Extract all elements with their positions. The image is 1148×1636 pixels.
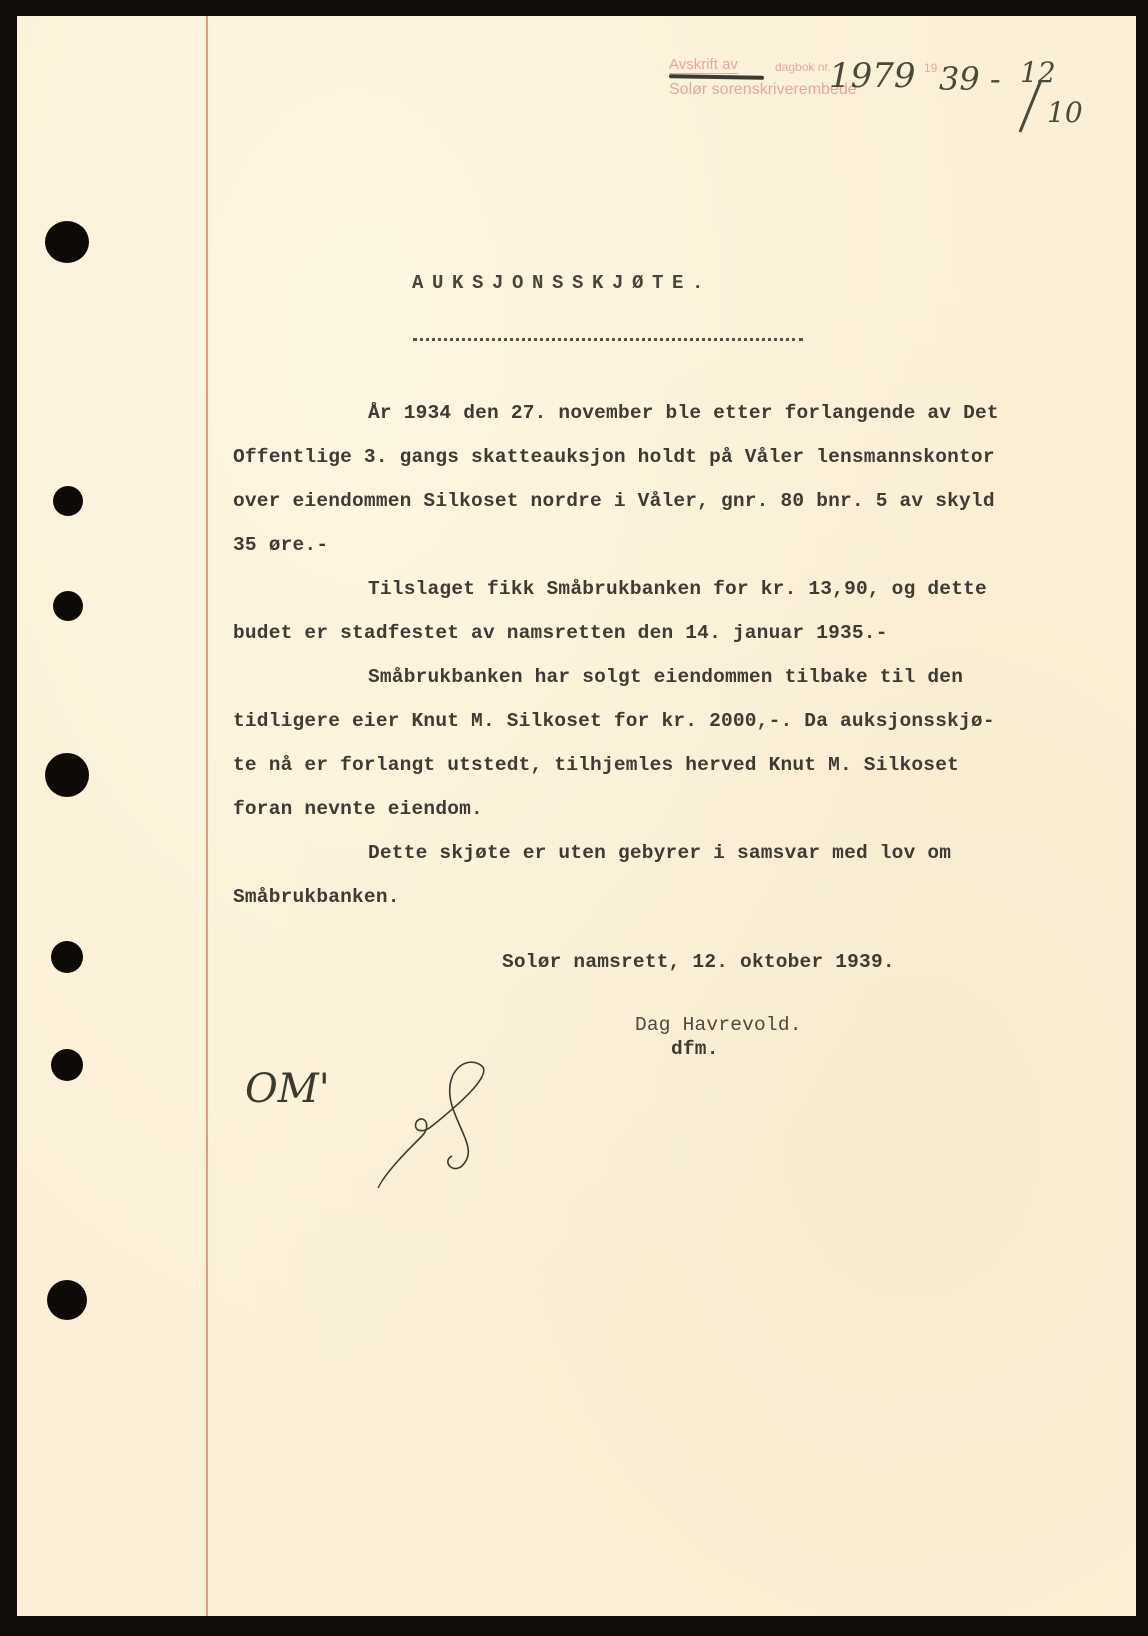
punch-hole-icon [47,1280,87,1320]
body-line: Offentlige 3. gangs skatteauksjon holdt … [233,446,995,468]
strikethrough-mark [669,74,764,80]
handwritten-diary-number: 1979 [829,56,916,96]
stamp-line1: Avskrift av [669,56,738,74]
body-line: foran nevnte eiendom. [233,798,483,820]
stamp-dagbok-label: dagbok nr. [775,60,831,74]
handwritten-year: 39 - [939,60,1001,98]
signature-scribble [362,1056,512,1196]
punch-hole-icon [53,591,83,621]
handwritten-initials: OM' [245,1066,330,1112]
punch-hole-icon [53,486,83,516]
body-line: År 1934 den 27. november ble etter forla… [368,402,999,424]
punch-hole-icon [45,753,89,797]
body-line: budet er stadfestet av namsretten den 14… [233,622,888,644]
body-line: te nå er forlangt utstedt, tilhjemles he… [233,754,959,776]
place-date: Solør namsrett, 12. oktober 1939. [502,951,895,973]
punch-hole-icon [51,941,83,973]
signer-name: Dag Havrevold. [635,1014,802,1036]
stamp-year-prefix: 19 [924,61,937,75]
punch-hole-icon [45,221,89,263]
body-line: over eiendommen Silkoset nordre i Våler,… [233,490,995,512]
body-line: 35 øre.- [233,534,328,556]
document-title: AUKSJONSSKJØTE. [412,272,712,294]
body-line: Småbrukbanken. [233,886,400,908]
body-line: Tilslaget fikk Småbrukbanken for kr. 13,… [368,578,987,600]
body-line: tidligere eier Knut M. Silkoset for kr. … [233,710,995,732]
punch-hole-icon [51,1049,83,1081]
body-line: Småbrukbanken har solgt eiendommen tilba… [368,666,963,688]
title-dotted-underline [413,338,803,341]
signer-title: dfm. [671,1038,719,1060]
handwritten-date-month: 10 [1047,96,1083,129]
document-page: Avskrift av dagbok nr. 19 Solør sorenskr… [17,16,1136,1616]
body-line: Dette skjøte er uten gebyrer i samsvar m… [368,842,951,864]
red-margin-line [206,16,208,1616]
